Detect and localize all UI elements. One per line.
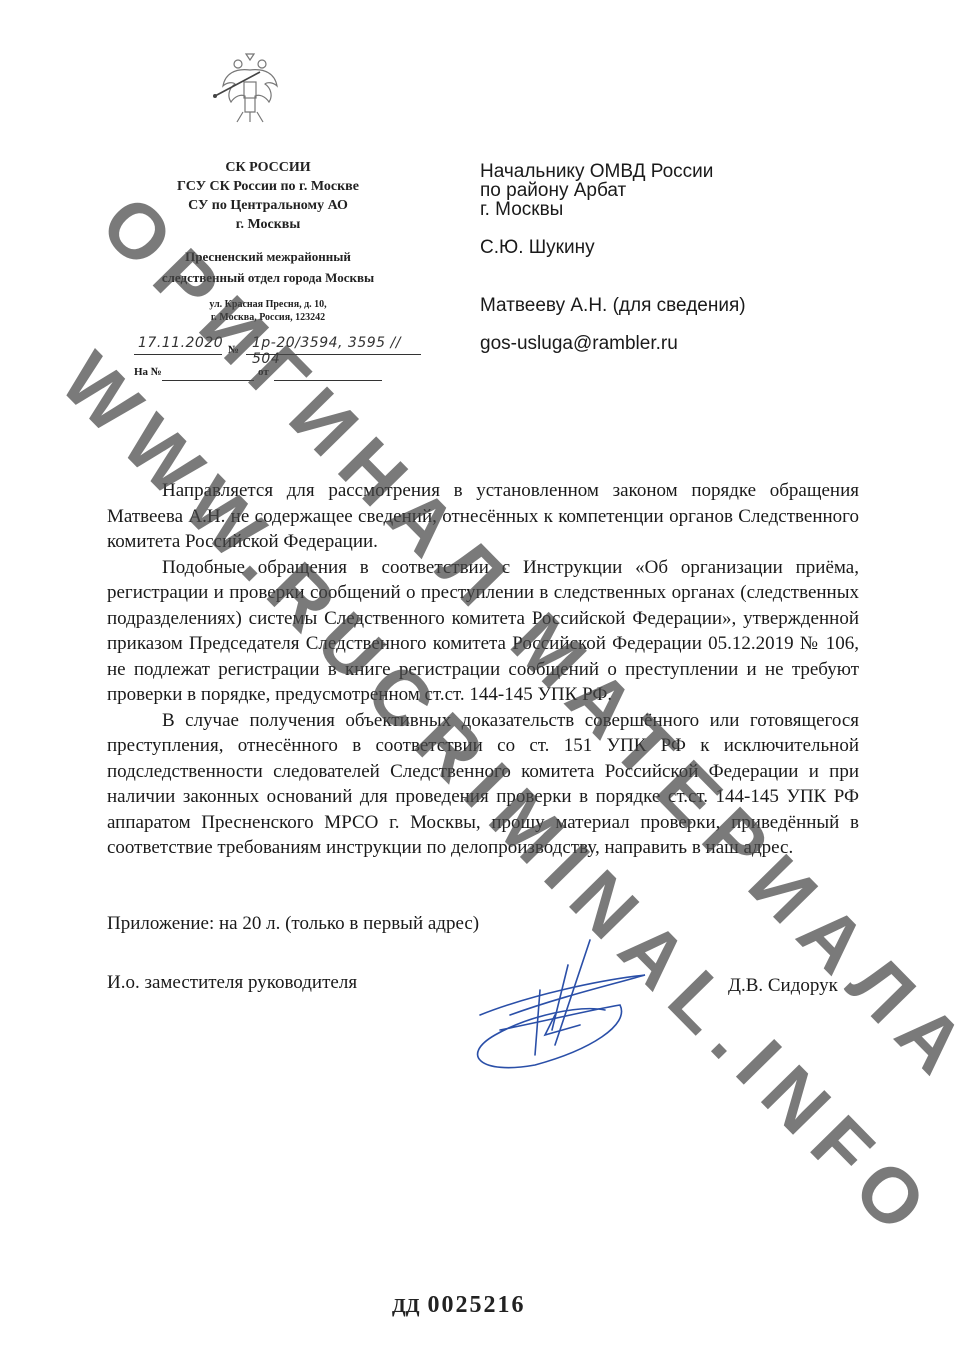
letter-body: Направляется для рассмотрения в установл…: [107, 478, 859, 861]
number-label: №: [228, 344, 239, 356]
recipient-line: Начальнику ОМВД России: [480, 162, 860, 181]
department-name: следственный отдел города Москвы: [118, 267, 418, 288]
reference-label: На №: [134, 366, 162, 378]
body-paragraph: Подобные обращения в соответствии с Инст…: [107, 555, 859, 708]
handwritten-date: 17.11.2020: [138, 335, 223, 351]
letterhead-line: ГСУ СК России по г. Москве: [118, 177, 418, 196]
serial-prefix: ДД: [392, 1295, 420, 1317]
signer-title: И.о. заместителя руководителя: [107, 972, 357, 994]
address-line: г. Москва, Россия, 123242: [118, 311, 418, 324]
recipient-line: по району Арбат: [480, 181, 860, 200]
letterhead-line: г. Москвы: [118, 215, 418, 234]
body-paragraph: Направляется для рассмотрения в установл…: [107, 478, 859, 555]
form-serial-number: ДД0025216: [392, 1292, 526, 1319]
signer-name: Д.В. Сидорук: [728, 975, 838, 997]
handwritten-number: 1р-20/3594, 3595 // 504: [252, 335, 424, 367]
letterhead-line: СУ по Центральному АО: [118, 196, 418, 215]
serial-number: 0025216: [428, 1292, 526, 1318]
cc-recipient: Матвееву А.Н. (для сведения): [480, 295, 860, 317]
reference-row: На № от: [134, 364, 424, 384]
attachment-note: Приложение: на 20 л. (только в первый ад…: [107, 913, 479, 935]
recipient-line: г. Москвы: [480, 200, 860, 219]
from-label: от: [258, 366, 269, 378]
address-line: ул. Красная Пресня, д. 10,: [118, 298, 418, 311]
coat-of-arms-emblem-icon: [205, 48, 295, 128]
letterhead-line: СК РОССИИ: [118, 158, 418, 177]
recipient-email: gos-usluga@rambler.ru: [480, 333, 860, 355]
recipient-name: С.Ю. Шукину: [480, 237, 860, 259]
body-paragraph: В случае получения объективных доказател…: [107, 708, 859, 861]
registration-number-row: 17.11.2020 № 1р-20/3594, 3595 // 504: [134, 338, 424, 358]
handwritten-signature-icon: [440, 935, 680, 1075]
recipient-block: Начальнику ОМВД России по району Арбат г…: [480, 162, 860, 355]
department-name: Пресненский межрайонный: [118, 246, 418, 267]
letterhead: СК РОССИИ ГСУ СК России по г. Москве СУ …: [118, 158, 418, 324]
